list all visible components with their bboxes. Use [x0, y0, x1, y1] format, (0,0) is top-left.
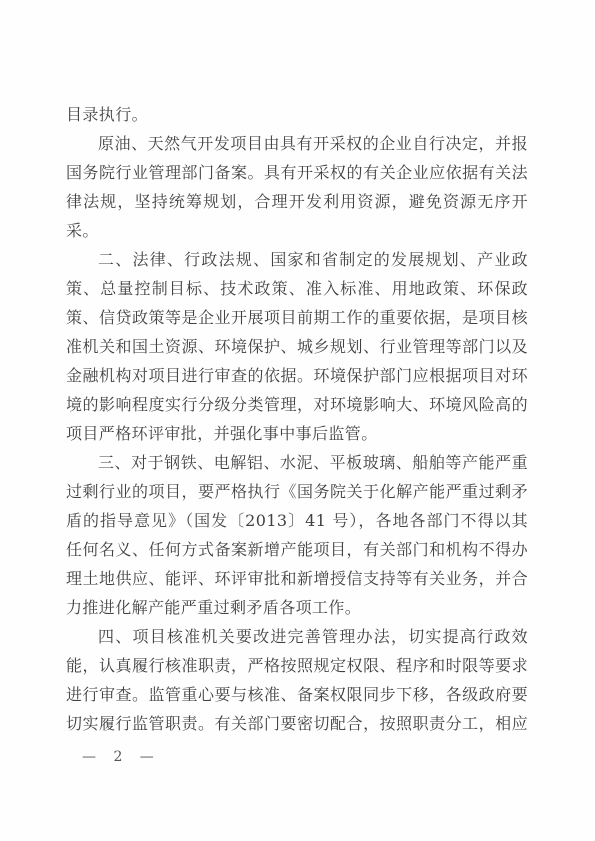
text-line: 原油、天然气开发项目由具有开采权的企业自行决定，并报 [66, 129, 528, 158]
text-line: 采。 [66, 216, 528, 245]
text-line: 国务院行业管理部门备案。具有开采权的有关企业应依据有关法 [66, 158, 528, 187]
text-line: 盾的指导意见》（国发〔2013〕41 号），各地各部门不得以其他 [66, 506, 528, 535]
text-line: 策、信贷政策等是企业开展项目前期工作的重要依据，是项目核 [66, 303, 528, 332]
text-line: 金融机构对项目进行审查的依据。环境保护部门应根据项目对环 [66, 361, 528, 390]
text-line: 目录执行。 [66, 100, 528, 129]
text-line: 过剩行业的项目，要严格执行《国务院关于化解产能严重过剩矛 [66, 477, 528, 506]
text-line: 准机关和国土资源、环境保护、城乡规划、行业管理等部门以及 [66, 332, 528, 361]
text-line: 任何名义、任何方式备案新增产能项目，有关部门和机构不得办 [66, 535, 528, 564]
text-line: 进行审查。监管重心要与核准、备案权限同步下移，各级政府要 [66, 680, 528, 709]
text-line: 二、法律、行政法规、国家和省制定的发展规划、产业政 [66, 245, 528, 274]
page-number: — 2 — [82, 748, 158, 766]
text-line: 理土地供应、能评、环评审批和新增授信支持等有关业务，并合 [66, 564, 528, 593]
document-page: 目录执行。原油、天然气开发项目由具有开采权的企业自行决定，并报国务院行业管理部门… [0, 0, 595, 841]
text-line: 切实履行监管职责。有关部门要密切配合，按照职责分工，相应 [66, 709, 528, 738]
text-line: 策、总量控制目标、技术政策、准入标准、用地政策、环保政 [66, 274, 528, 303]
text-line: 项目严格环评审批，并强化事中事后监管。 [66, 419, 528, 448]
text-line: 四、项目核准机关要改进完善管理办法，切实提高行政效 [66, 622, 528, 651]
text-line: 力推进化解产能严重过剩矛盾各项工作。 [66, 593, 528, 622]
text-line: 律法规，坚持统筹规划，合理开发利用资源，避免资源无序开 [66, 187, 528, 216]
text-line: 能，认真履行核准职责，严格按照规定权限、程序和时限等要求 [66, 651, 528, 680]
document-body: 目录执行。原油、天然气开发项目由具有开采权的企业自行决定，并报国务院行业管理部门… [66, 100, 528, 738]
text-line: 三、对于钢铁、电解铝、水泥、平板玻璃、船舶等产能严重 [66, 448, 528, 477]
text-line: 境的影响程度实行分级分类管理，对环境影响大、环境风险高的 [66, 390, 528, 419]
